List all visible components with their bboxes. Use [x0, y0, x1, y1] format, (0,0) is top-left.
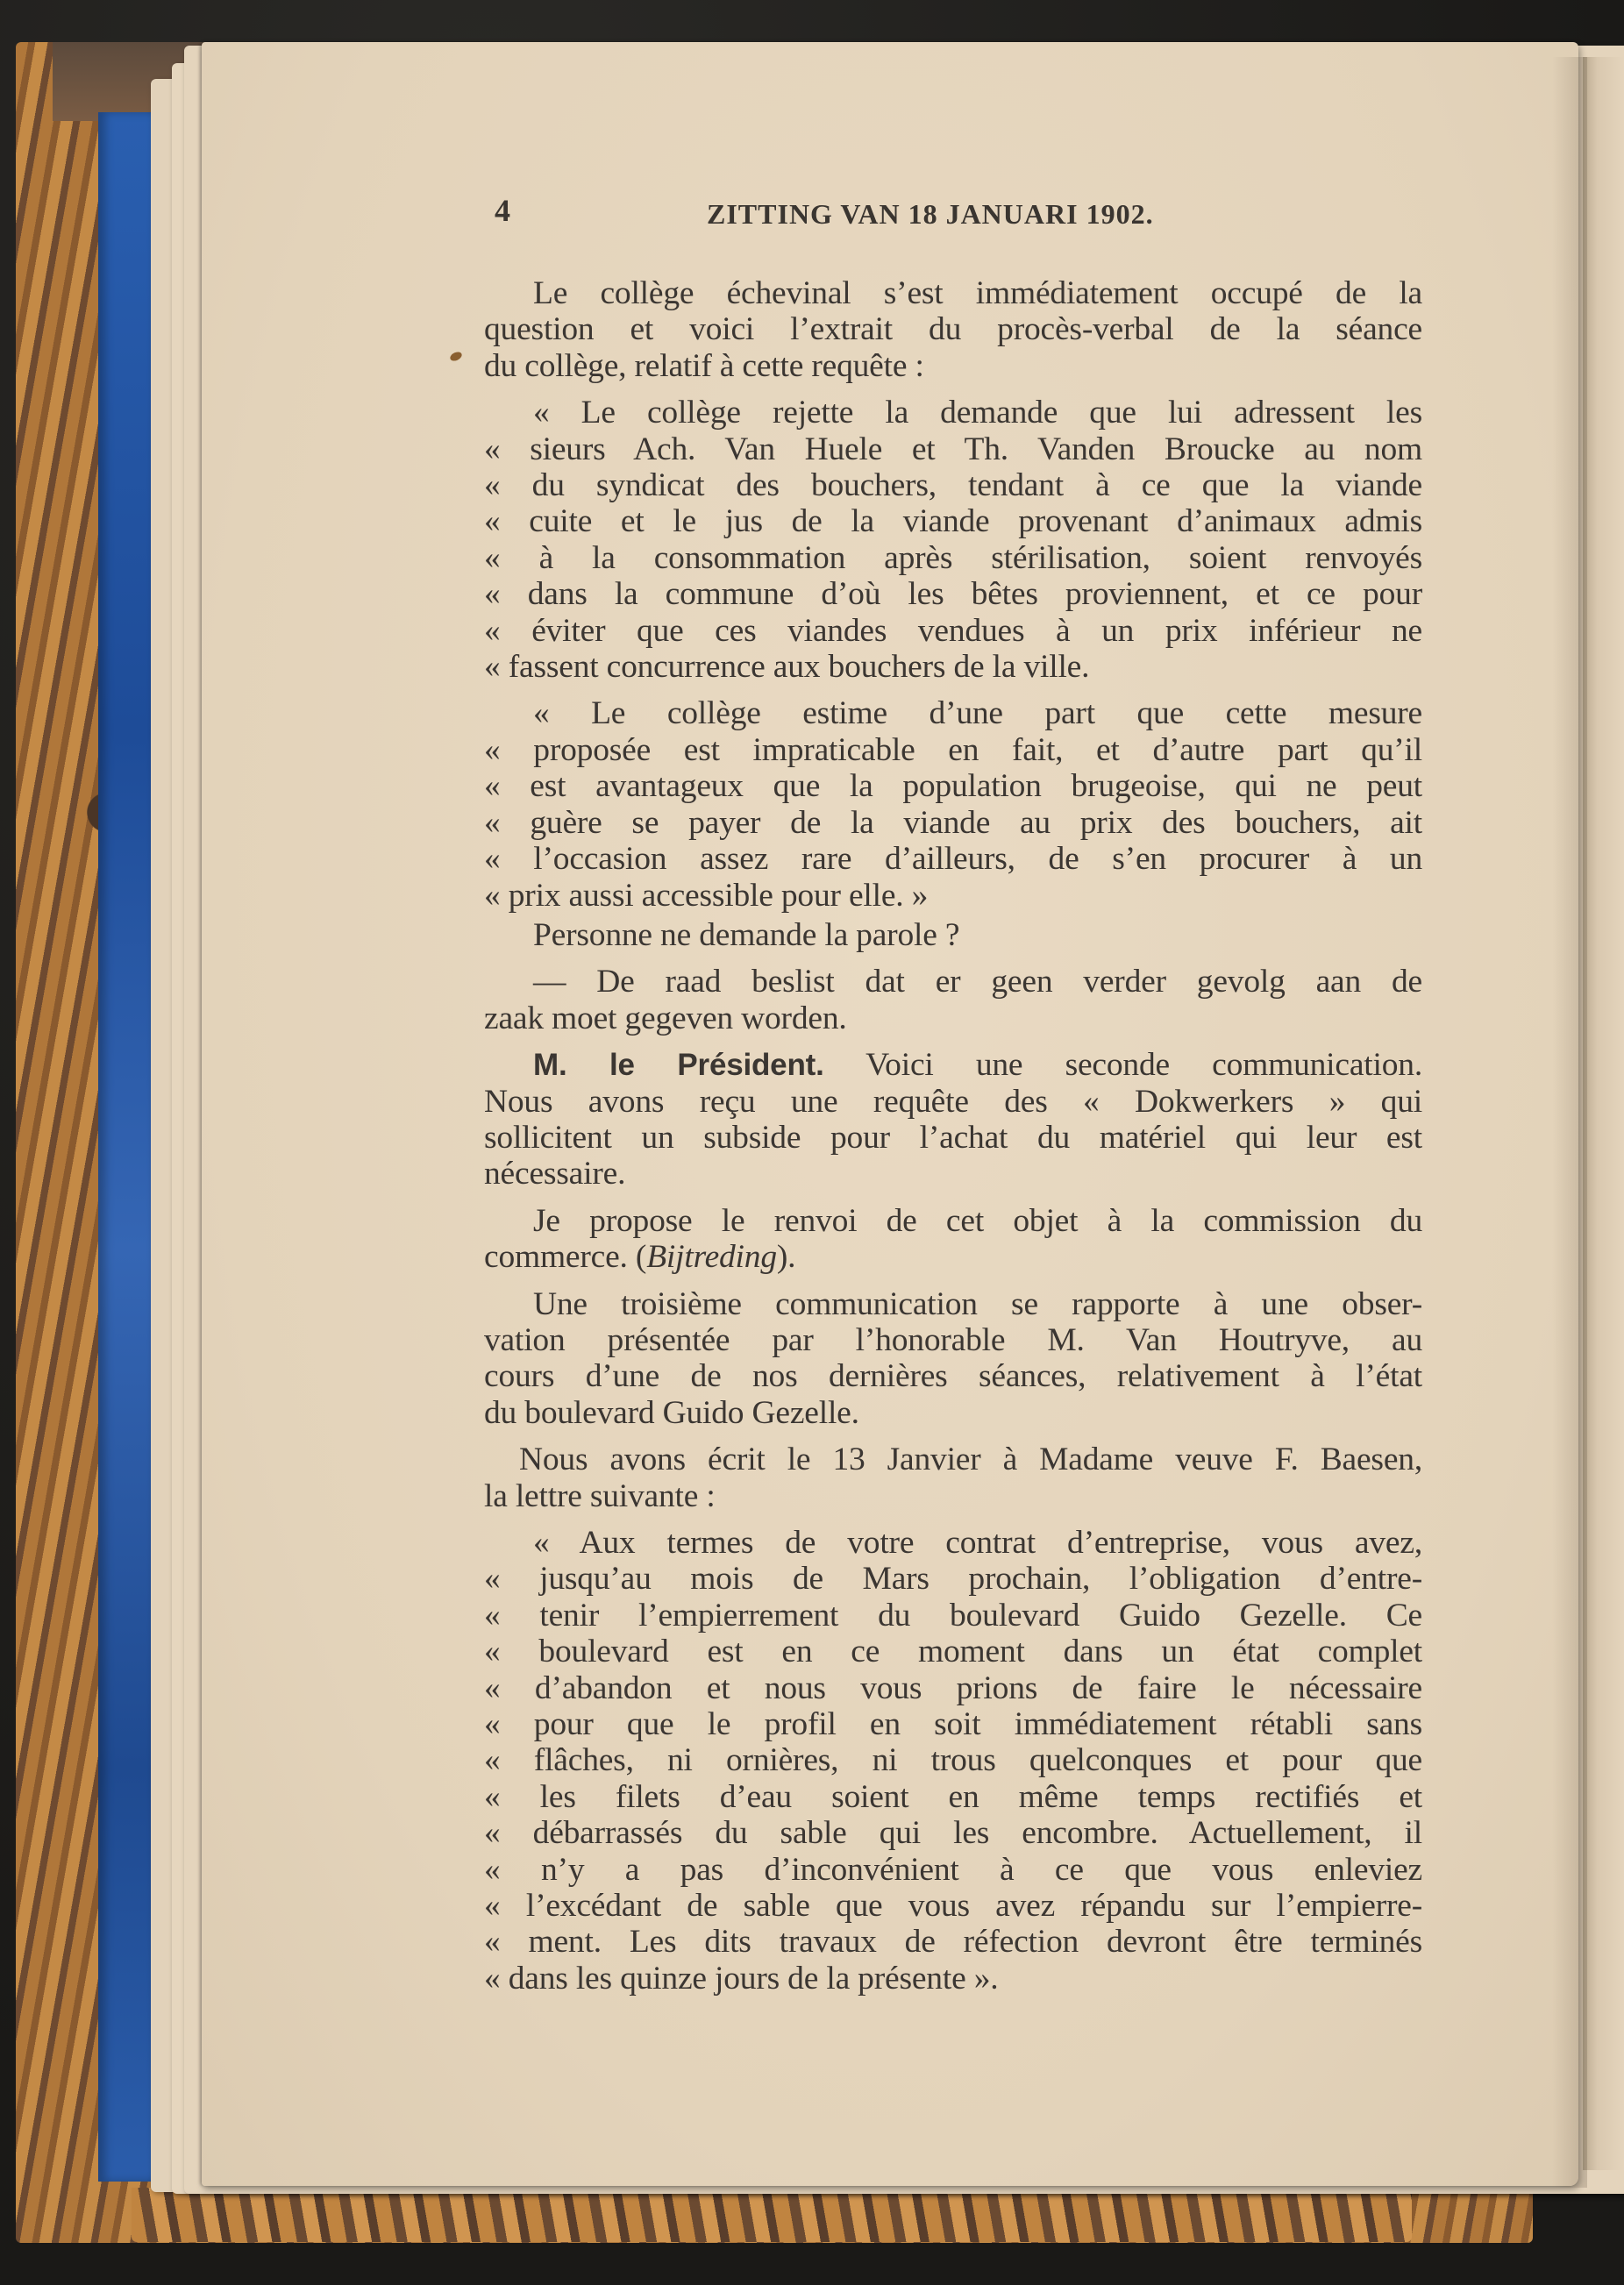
quote-line: « tenir l’empierrement du boulevard Guid… [484, 1598, 1422, 1634]
gutter-shadow [1552, 57, 1587, 2188]
quote-line: « flâches, ni ornières, ni trous quelcon… [484, 1742, 1422, 1778]
quote-college-rejects: « Le collège rejette la demande que lui … [484, 395, 1422, 685]
quote-line: « guère se payer de la viande au prix de… [484, 805, 1422, 841]
text-line: — De raad beslist dat er geen verder gev… [484, 964, 1422, 1000]
text-line: commerce. ( [484, 1239, 646, 1275]
quote-line: « éviter que ces viandes vendues à un pr… [484, 613, 1422, 649]
quote-line: « Le collège estime d’une part que cette… [484, 695, 1422, 731]
quote-line: « débarrassés du sable qui les encombre.… [484, 1815, 1422, 1851]
text-line: Le collège échevinal s’est immédiatement… [484, 275, 1422, 311]
text-line: sollicitent un subside pour l’achat du m… [484, 1120, 1422, 1156]
paragraph-referral-proposal: Je propose le renvoi de cet objet à la c… [484, 1203, 1422, 1276]
quote-line: « ment. Les dits travaux de réfection de… [484, 1924, 1422, 1960]
text-line: Personne ne demande la parole ? [484, 917, 1422, 953]
text-line: Voici une seconde communication. [824, 1047, 1422, 1083]
paragraph-no-speaker: Personne ne demande la parole ? [484, 917, 1422, 953]
quote-line: « proposée est impraticable en fait, et … [484, 732, 1422, 768]
quote-line: « dans la commune d’où les bêtes provien… [484, 576, 1422, 612]
text-line: ). [777, 1239, 795, 1275]
text-line: nécessaire. [484, 1156, 1422, 1192]
quote-line: « l’occasion assez rare d’ailleurs, de s… [484, 841, 1422, 877]
quote-line: « du syndicat des bouchers, tendant à ce… [484, 467, 1422, 503]
page-content: 4 ZITTING VAN 18 JANUARI 1902. Le collèg… [484, 184, 1422, 2007]
speaker-name: M. le Président. [533, 1048, 824, 1082]
paragraph-letter-intro: Nous avons écrit le 13 Janvier à Madame … [484, 1441, 1422, 1514]
marbled-cover-bottom-edge [132, 2188, 1412, 2242]
quote-line: « cuite et le jus de la viande provenant… [484, 503, 1422, 539]
paragraph-third-communication: Une troisième communication se rapporte … [484, 1286, 1422, 1432]
text-line: du boulevard Guido Gezelle. [484, 1395, 1422, 1431]
text-line: la lettre suivante : [484, 1478, 1422, 1514]
quote-college-estimates: « Le collège estime d’une part que cette… [484, 695, 1422, 913]
italic-bijtreding: Bijtreding [646, 1239, 777, 1275]
text-line: Une troisième communication se rapporte … [484, 1286, 1422, 1322]
page-header: 4 ZITTING VAN 18 JANUARI 1902. [484, 184, 1422, 237]
quote-line: « est avantageux que la population bruge… [484, 768, 1422, 804]
quote-line: « les filets d’eau soient en même temps … [484, 1779, 1422, 1815]
quote-line: « n’y a pas d’inconvénient à ce que vous… [484, 1852, 1422, 1888]
quote-line: « Le collège rejette la demande que lui … [484, 395, 1422, 431]
quote-line: « jusqu’au mois de Mars prochain, l’obli… [484, 1561, 1422, 1597]
quote-line: « d’abandon et nous vous prions de faire… [484, 1670, 1422, 1706]
quote-line: « prix aussi accessible pour elle. » [484, 878, 1422, 914]
quote-line: « pour que le profil en soit immédiateme… [484, 1706, 1422, 1742]
quote-line: « l’excédant de sable que vous avez répa… [484, 1888, 1422, 1924]
text-line: Nous avons reçu une requête des « Dokwer… [484, 1084, 1422, 1120]
quote-line: « Aux termes de votre contrat d’entrepri… [484, 1525, 1422, 1561]
quote-line: « dans les quinze jours de la présente »… [484, 1961, 1422, 1997]
quote-line: « à la consommation après stérilisation,… [484, 540, 1422, 576]
paragraph-college-response: Le collège échevinal s’est immédiatement… [484, 275, 1422, 384]
quote-letter-to-baesen: « Aux termes de votre contrat d’entrepri… [484, 1525, 1422, 1997]
text-line: vation présentée par l’honorable M. Van … [484, 1322, 1422, 1358]
text-line: cours d’une de nos dernières séances, re… [484, 1358, 1422, 1394]
quote-line: « boulevard est en ce moment dans un éta… [484, 1634, 1422, 1669]
page-number: 4 [495, 193, 510, 229]
paragraph-council-decision: — De raad beslist dat er geen verder gev… [484, 964, 1422, 1036]
text-line: Je propose le renvoi de cet objet à la c… [484, 1203, 1422, 1239]
text-line: question et voici l’extrait du procès-ve… [484, 311, 1422, 347]
quote-line: « sieurs Ach. Van Huele et Th. Vanden Br… [484, 431, 1422, 467]
paragraph-president-second-communication: M. le Président. Voici une seconde commu… [484, 1047, 1422, 1192]
quote-line: « fassent concurrence aux bouchers de la… [484, 649, 1422, 685]
text-line: Nous avons écrit le 13 Janvier à Madame … [484, 1441, 1422, 1477]
text-line: zaak moet gegeven worden. [484, 1000, 1422, 1036]
text-line: du collège, relatif à cette requête : [484, 348, 1422, 384]
running-title: ZITTING VAN 18 JANUARI 1902. [707, 196, 1154, 232]
facing-page-edge [1583, 57, 1624, 2170]
